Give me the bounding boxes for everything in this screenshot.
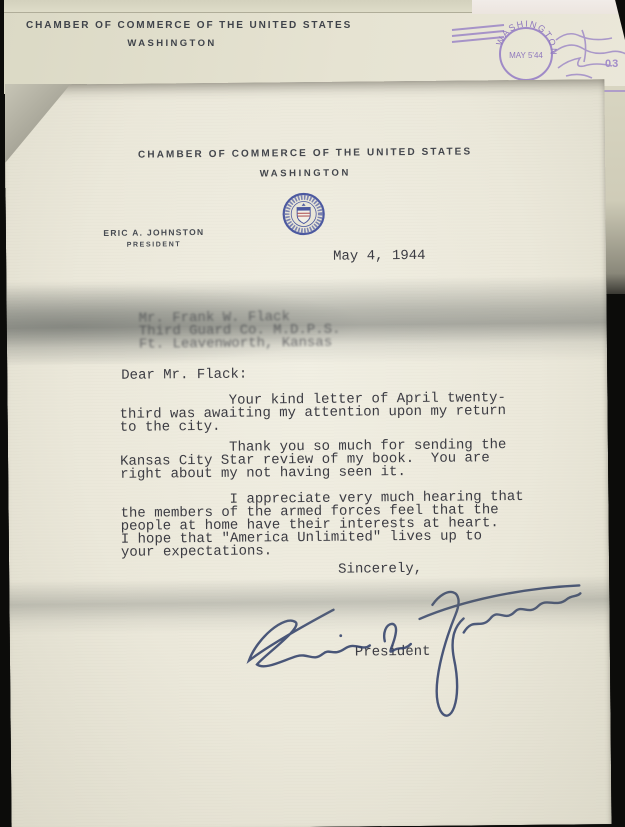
letterhead: CHAMBER OF COMMERCE OF THE UNITED STATES… <box>5 145 605 182</box>
officer-block: ERIC A. JOHNSTON PRESIDENT <box>74 227 234 250</box>
corner-card-line2: WASHINGTON <box>26 38 318 49</box>
purple-edge-mark <box>603 90 625 92</box>
postmark-date: MAY 5'44 <box>509 51 543 60</box>
postmark-meter-digits: 03 <box>605 58 619 70</box>
chamber-seal-icon <box>280 191 326 237</box>
signature-script: Eric A. Johnston <box>222 569 596 743</box>
officer-name: ERIC A. JOHNSTON <box>74 227 234 239</box>
body-paragraph-3: I appreciate very much hearing that the … <box>120 491 524 560</box>
letter-sheet: CHAMBER OF COMMERCE OF THE UNITED STATES… <box>4 79 611 827</box>
recipient-address: Mr. Frank W. Flack Third Guard Co. M.D.P… <box>139 311 341 352</box>
corner-card-line1: CHAMBER OF COMMERCE OF THE UNITED STATES <box>26 20 318 31</box>
letter-photo: CHAMBER OF COMMERCE OF THE UNITED STATES… <box>0 0 625 827</box>
slogan-cancel-marks <box>552 30 625 78</box>
envelope-right-edge <box>603 86 625 294</box>
envelope-corner-card: CHAMBER OF COMMERCE OF THE UNITED STATES… <box>26 20 318 49</box>
envelope-top-edge <box>4 0 474 13</box>
salutation: Dear Mr. Flack: <box>121 369 247 383</box>
letter-date: May 4, 1944 <box>333 250 426 264</box>
body-paragraph-1: Your kind letter of April twenty- third … <box>119 392 506 435</box>
recipient-line: Ft. Leavenworth, Kansas <box>139 337 341 352</box>
body-paragraph-2: Thank you so much for sending the Kansas… <box>120 439 507 482</box>
